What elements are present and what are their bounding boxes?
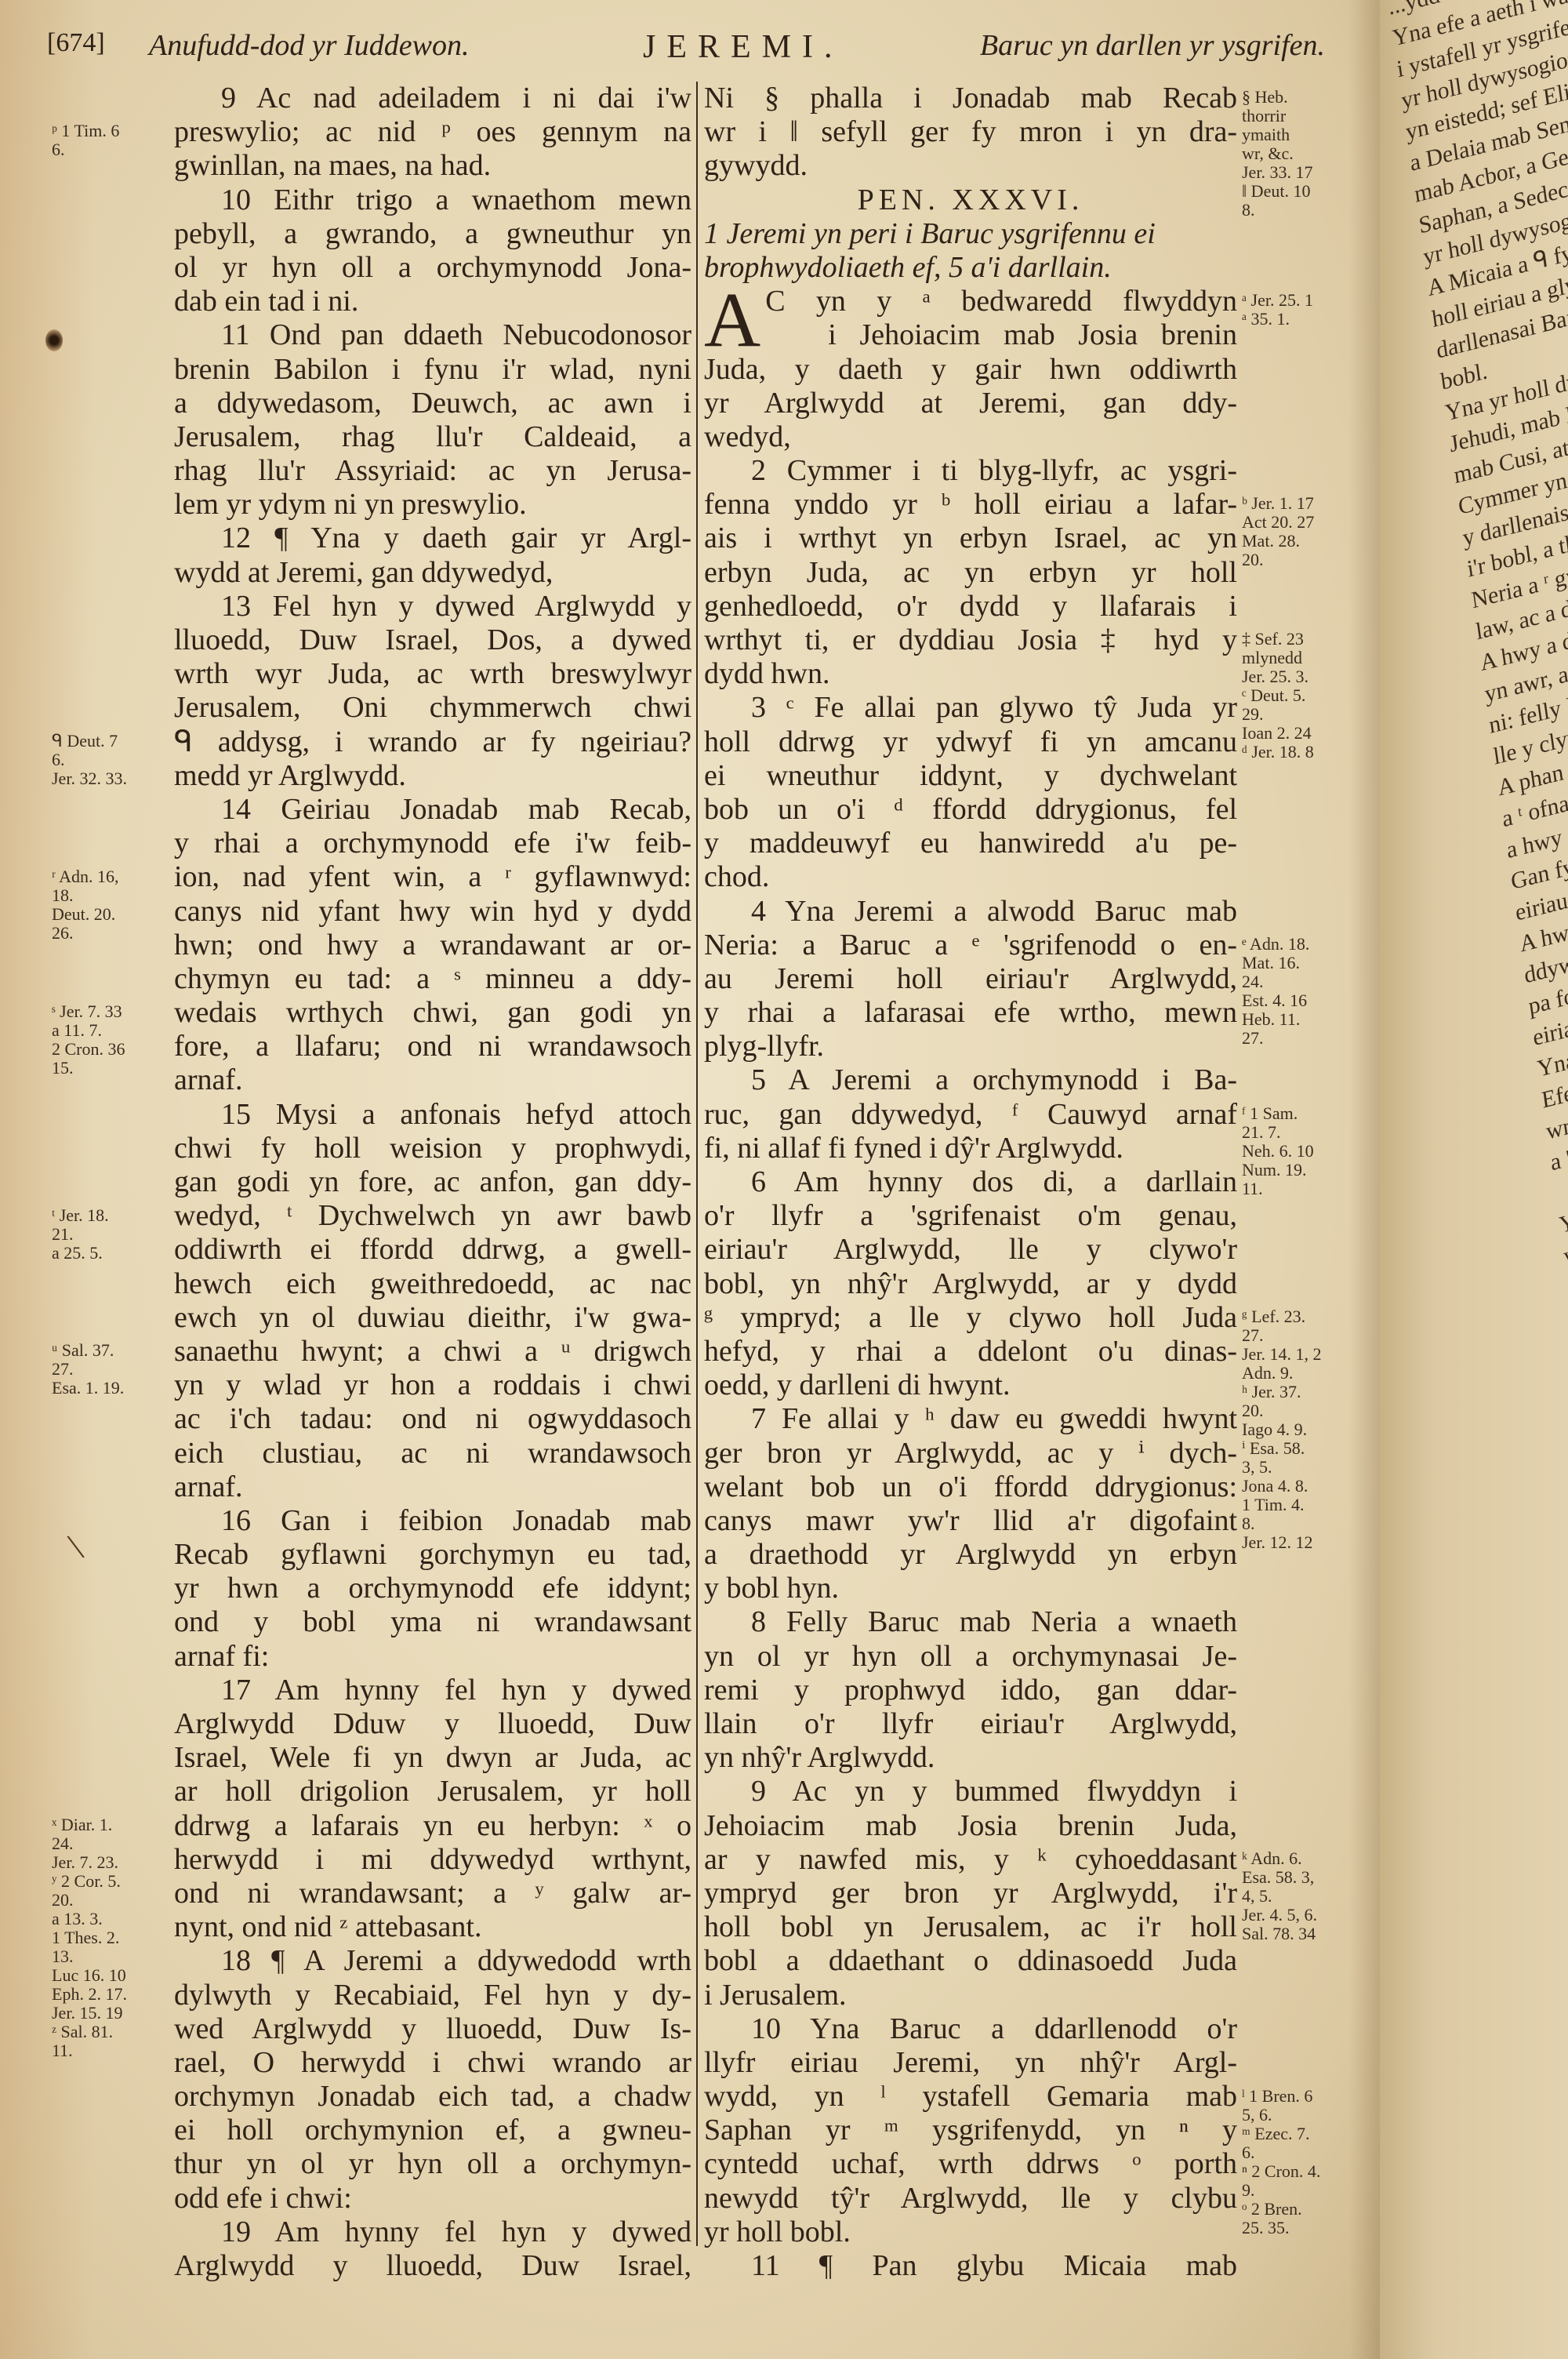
cross-reference-note: ᵃ Jer. 25. 1ᵃ 35. 1. — [1242, 291, 1352, 329]
cross-reference-line: ᵈ Jer. 18. 8 — [1242, 743, 1352, 761]
verse-line: holl ddrwg yr ydwyf fi yn amcanu — [704, 725, 1237, 759]
cross-reference-line: Sal. 78. 34 — [1242, 1925, 1352, 1943]
verse-line: 18 ¶ A Jeremi a ddywedodd wrth — [174, 1944, 691, 1978]
cross-reference-line: 20. — [1242, 551, 1352, 569]
cross-reference-line: 8. — [1242, 201, 1352, 220]
verse-line: 14 Geiriau Jonadab mab Recab, — [174, 793, 691, 827]
verse-line: ᑫ addysg, i wrando ar fy ngeiriau? — [174, 725, 691, 759]
verse-line: 7 Fe allai y ʰ daw eu gweddi hwynt — [704, 1402, 1237, 1436]
verse-line: a ddywedasom, Deuwch, ac awn i — [174, 387, 691, 420]
verse-line: ond ni wrandawsant; a ʸ galw ar- — [174, 1877, 691, 1910]
cross-reference-line: 4, 5. — [1242, 1887, 1352, 1906]
cross-reference-line: Deut. 20. — [52, 905, 169, 924]
verse-line: holl bobl yn Jerusalem, ac i'r holl — [704, 1910, 1237, 1944]
verse-line: 16 Gan i feibion Jonadab mab — [174, 1504, 691, 1538]
verse-line: lluoedd, Duw Israel, Dos, a dywed — [174, 623, 691, 657]
verse-line: fore, a llafaru; ond ni wrandawsoch — [174, 1030, 691, 1063]
running-header: [674] Anufudd-dod yr Iuddewon. JEREMI. B… — [47, 28, 1325, 75]
verse-line: fi, ni allaf fi fyned i dŷ'r Arglwydd. — [704, 1132, 1237, 1165]
cross-reference-line: ˡ 1 Bren. 6 — [1242, 2087, 1352, 2106]
cross-reference-line: 24. — [52, 1834, 169, 1853]
book-page: \ [674] Anufudd-dod yr Iuddewon. JEREMI.… — [0, 0, 1380, 2359]
verse-line: fenna ynddo yr ᵇ holl eiriau a lafar- — [704, 488, 1237, 522]
chapter-summary-line: brophwydoliaeth ef, 5 a'i darllain. — [704, 251, 1237, 285]
verse-line: wedyd, ᵗ Dychwelwch yn awr bawb — [174, 1199, 691, 1233]
cross-reference-line: ʸ 2 Cor. 5. — [52, 1872, 169, 1891]
cross-reference-line: 15. — [52, 1059, 169, 1078]
verse-line: i Jerusalem. — [704, 1979, 1237, 2012]
cross-reference-line: ᵐ Ezec. 7. — [1242, 2125, 1352, 2143]
verse-line: y bobl hyn. — [704, 1572, 1237, 1605]
cross-reference-line: ᵗ Jer. 18. — [52, 1206, 169, 1225]
cross-reference-line: 26. — [52, 924, 169, 943]
cross-reference-line: 6. — [52, 751, 169, 769]
verse-line: hwn; ond hwy a wrandawant ar or- — [174, 929, 691, 962]
verse-line: wedais wrthych chwi, gan godi yn — [174, 996, 691, 1030]
cross-reference-line: 1 Tim. 4. — [1242, 1496, 1352, 1514]
verse-line: canys mawr yw'r llid a'r digofaint — [704, 1504, 1237, 1538]
cross-reference-line: ᵇ Jer. 1. 17 — [1242, 494, 1352, 513]
verse-line: bobl, yn nhŷ'r Arglwydd, ar y dydd — [704, 1267, 1237, 1301]
cross-reference-line: Esa. 58. 3, — [1242, 1868, 1352, 1887]
verse-line: yr Arglwydd at Jeremi, gan ddy- — [704, 387, 1237, 420]
cross-reference-line: 20. — [52, 1891, 169, 1910]
cross-reference-line: ʰ Jer. 37. — [1242, 1383, 1352, 1401]
verse-line: 3 ᶜ Fe allai pan glywo tŷ Juda yr — [704, 691, 1237, 725]
verse-line: eiriau'r Arglwydd, lle y clywo'r — [704, 1233, 1237, 1267]
cross-reference-line: Jer. 32. 33. — [52, 769, 169, 788]
cross-reference-line: ᵖ 1 Tim. 6 — [52, 122, 169, 140]
verse-line: hefyd, y rhai a ddelont o'u dinas- — [704, 1335, 1237, 1369]
cross-reference-note: ˣ Diar. 1.24.Jer. 7. 23.ʸ 2 Cor. 5.20.a … — [52, 1816, 169, 2060]
cross-reference-line: ᵘ Sal. 37. — [52, 1341, 169, 1360]
verse-line: oedd, y darlleni di hwynt. — [704, 1369, 1237, 1402]
cross-reference-note: ᵍ Lef. 23.27.Jer. 14. 1, 2Adn. 9.ʰ Jer. … — [1242, 1307, 1352, 1552]
cross-reference-line: 11. — [52, 2041, 169, 2060]
verse-line: Jerusalem, Oni chymmerwch chwi — [174, 691, 691, 725]
verse-line: o'r llyfr a 'sgrifenaist o'm genau, — [704, 1199, 1237, 1233]
verse-line: herwydd i mi ddywedyd wrthynt, — [174, 1843, 691, 1877]
verse-line: yn ol yr hyn oll a orchymynasai Je- — [704, 1640, 1237, 1674]
chapter-heading: PEN. XXXVI. — [704, 184, 1237, 217]
cross-reference-line: Act 20. 27 — [1242, 513, 1352, 532]
cross-reference-line: a 13. 3. — [52, 1910, 169, 1928]
verse-line: ympryd ger bron yr Arglwydd, i'r — [704, 1877, 1237, 1910]
cross-reference-line: 29. — [1242, 705, 1352, 724]
verse-line: i Jehoiacim mab Josia brenin — [765, 318, 1237, 352]
cross-reference-line: Num. 19. — [1242, 1161, 1352, 1179]
cross-reference-line: 20. — [1242, 1401, 1352, 1420]
cross-reference-note: § Heb.thorrirymaithwr, &c.Jer. 33. 17‖ D… — [1242, 88, 1352, 220]
verse-line: eich clustiau, ac ni wrandawsoch — [174, 1437, 691, 1470]
verse-line: 6 Am hynny dos di, a darllain — [704, 1165, 1237, 1199]
cross-reference-line: thorrir — [1242, 107, 1352, 125]
verse-line: preswylio; ac nid ᵖ oes gennym na — [174, 115, 691, 149]
cross-reference-line: ymaith — [1242, 125, 1352, 144]
verse-line: 13 Fel hyn y dywed Arglwydd y — [174, 590, 691, 623]
verse-line: bob un o'i ᵈ ffordd ddrygionus, fel — [704, 793, 1237, 827]
verse-line: ei holl orchymynion ef, a gwneu- — [174, 2114, 691, 2147]
verse-line: ol yr hyn oll a orchymynodd Jona- — [174, 251, 691, 285]
verse-line: gan godi yn fore, ac anfon, gan ddy- — [174, 1165, 691, 1199]
verse-line: thur yn ol yr hyn oll a orchymyn- — [174, 2147, 691, 2181]
verse-line: ar y nawfed mis, y ᵏ cyhoeddasant — [704, 1843, 1237, 1877]
cross-reference-line: 5, 6. — [1242, 2106, 1352, 2125]
verse-line: gwinllan, na maes, na had. — [174, 149, 691, 183]
verse-line: wed Arglwydd y lluoedd, Duw Is- — [174, 2012, 691, 2046]
cross-reference-note: ᵉ Adn. 18.Mat. 16.24.Est. 4. 16Heb. 11.2… — [1242, 935, 1352, 1048]
cross-reference-line: Mat. 16. — [1242, 954, 1352, 972]
cross-reference-line: Neh. 6. 10 — [1242, 1142, 1352, 1161]
verse-line: llain o'r llyfr eiriau'r Arglwydd, — [704, 1707, 1237, 1741]
verse-line: orchymyn Jonadab eich tad, a chadw — [174, 2080, 691, 2114]
verse-line: Arglwydd Dduw y lluoedd, Duw — [174, 1707, 691, 1741]
verse-line: arnaf. — [174, 1063, 691, 1097]
verse-line: remi y prophwyd iddo, gan ddar- — [704, 1674, 1237, 1707]
verse-line: yn nhŷ'r Arglwydd. — [704, 1741, 1237, 1775]
verse-line: 9 Ac nad adeiladem i ni dai i'w — [174, 82, 691, 115]
verse-line: cyntedd uchaf, wrth ddrws ᵒ porth — [704, 2147, 1237, 2181]
verse-line: a draethodd yr Arglwydd yn erbyn — [704, 1538, 1237, 1572]
verse-line: wydd, yn ˡ ystafell Gemaria mab — [704, 2080, 1237, 2114]
cross-reference-line: ᵒ 2 Bren. — [1242, 2200, 1352, 2219]
cross-reference-line: 9. — [1242, 2181, 1352, 2200]
verse-line: brenin Babilon i fynu i'r wlad, nyni — [174, 353, 691, 387]
verse-line: ond y bobl yma ni wrandawsant — [174, 1605, 691, 1639]
cross-reference-line: 6. — [1242, 2143, 1352, 2162]
cross-reference-note: ‡ Sef. 23mlyneddJer. 25. 3.ᶜ Deut. 5.29.… — [1242, 630, 1352, 761]
cross-reference-line: 27. — [52, 1360, 169, 1379]
verse-line: y rhai a orchymynodd efe i'w feib- — [174, 827, 691, 860]
verse-line: 17 Am hynny fel hyn y dywed — [174, 1674, 691, 1707]
left-text-column: 9 Ac nad adeiladem i ni dai i'wpreswylio… — [174, 82, 691, 2283]
cross-reference-line: ‡ Sef. 23 — [1242, 630, 1352, 649]
cross-reference-line: wr, &c. — [1242, 144, 1352, 163]
verse-line: pebyll, a gwrando, a gwneuthur yn — [174, 217, 691, 251]
cross-reference-line: ᶠ 1 Sam. — [1242, 1104, 1352, 1123]
cross-reference-line: a 25. 5. — [52, 1244, 169, 1263]
cross-reference-line: 24. — [1242, 972, 1352, 991]
verse-line: wedyd, — [704, 420, 1237, 454]
verse-line: ewch yn ol duwiau dieithr, i'w gwa- — [174, 1301, 691, 1335]
cross-reference-line: ᵍ Lef. 23. — [1242, 1307, 1352, 1326]
verse-line: yr hwn a orchymynodd efe iddynt; — [174, 1572, 691, 1605]
cross-reference-line: 27. — [1242, 1029, 1352, 1048]
cross-reference-line: ˣ Diar. 1. — [52, 1816, 169, 1834]
cross-reference-line: ᵉ Adn. 18. — [1242, 935, 1352, 954]
verse-line: 15 Mysi a anfonais hefyd attoch — [174, 1098, 691, 1132]
cross-reference-line: Jer. 14. 1, 2 — [1242, 1345, 1352, 1364]
verse-line: erbyn Juda, ac yn erbyn yr holl — [704, 556, 1237, 590]
verse-line: newydd tŷ'r Arglwydd, lle y clybu — [704, 2182, 1237, 2215]
verse-line: ion, nad yfent win, a ʳ gyflawnwyd: — [174, 860, 691, 894]
cross-reference-line: ᑫ Deut. 7 — [52, 732, 169, 751]
cross-reference-line: ᶜ Deut. 5. — [1242, 686, 1352, 705]
verse-line: dylwyth y Recabiaid, Fel hyn y dy- — [174, 1979, 691, 2012]
cross-reference-line: 18. — [52, 886, 169, 905]
verse-line: Jerusalem, rhag llu'r Caldeaid, a — [174, 420, 691, 454]
verse-line: oddiwrth ei ffordd ddrwg, a gwell- — [174, 1233, 691, 1267]
verse-line: Saphan yr ᵐ ysgrifenydd, yn ⁿ y — [704, 2114, 1237, 2147]
verse-line: Israel, Wele fi yn dwyn ar Juda, ac — [174, 1741, 691, 1775]
cross-reference-line: ⁿ 2 Cron. 4. — [1242, 2162, 1352, 2181]
facing-page: ...ydd allan o'r ...Yna efe a aeth i war… — [1380, 0, 1568, 2359]
verse-line: dydd hwn. — [704, 657, 1237, 691]
left-running-title: Anufudd-dod yr Iuddewon. — [149, 28, 469, 63]
cross-reference-line: Jer. 7. 23. — [52, 1853, 169, 1872]
verse-line: 8 Felly Baruc mab Neria a wnaeth — [704, 1605, 1237, 1639]
right-running-title: Baruc yn darllen yr ysgrifen. — [980, 28, 1325, 63]
verse-line: rhag llu'r Assyriaid: ac yn Jerusa- — [174, 454, 691, 488]
cross-reference-line: Eph. 2. 17. — [52, 1985, 169, 2004]
cross-reference-line: 11. — [1242, 1179, 1352, 1198]
cross-reference-note: ᵘ Sal. 37.27.Esa. 1. 19. — [52, 1341, 169, 1398]
cross-reference-line: Jer. 12. 12 — [1242, 1533, 1352, 1552]
verse-line: y rhai a lafarasai efe wrtho, mewn — [704, 996, 1237, 1030]
verse-line: 11 ¶ Pan glybu Micaia mab — [704, 2249, 1237, 2283]
verse-line-dropcap: AC yn y ᵃ bedwaredd flwyddyn — [704, 285, 1237, 318]
verse-line: 2 Cymmer i ti blyg-llyfr, ac ysgri- — [704, 454, 1237, 488]
cross-reference-line: 27. — [1242, 1326, 1352, 1345]
verse-line: chod. — [704, 860, 1237, 894]
cross-reference-line: ˢ Jer. 7. 33 — [52, 1002, 169, 1021]
cross-reference-line: Adn. 9. — [1242, 1364, 1352, 1383]
cross-reference-line: Est. 4. 16 — [1242, 991, 1352, 1010]
verse-line: yn y wlad yr hon a roddais i chwi — [174, 1369, 691, 1402]
verse-line: ei wneuthur iddynt, y dychwelant — [704, 759, 1237, 793]
cross-reference-line: 13. — [52, 1947, 169, 1966]
cross-reference-line: ⁱ Esa. 58. — [1242, 1439, 1352, 1458]
cross-reference-line: Luc 16. 10 — [52, 1966, 169, 1985]
cross-reference-line: 6. — [52, 140, 169, 159]
verse-line: ger bron yr Arglwydd, ac y ⁱ dych- — [704, 1437, 1237, 1470]
verse-line: Jehoiacim mab Josia brenin Juda, — [704, 1809, 1237, 1843]
cross-reference-line: 3, 5. — [1242, 1458, 1352, 1477]
cross-reference-line: Jer. 4. 5, 6. — [1242, 1906, 1352, 1925]
verse-line: gywydd. — [704, 149, 1237, 183]
verse-line: Neria: a Baruc a ᵉ 'sgrifenodd o en- — [704, 929, 1237, 962]
verse-line: llyfr eiriau Jeremi, yn nhŷ'r Argl- — [704, 2046, 1237, 2080]
cross-reference-line: Jer. 33. 17 — [1242, 163, 1352, 182]
cross-reference-line: ʳ Adn. 16, — [52, 867, 169, 886]
verse-line: sanaethu hwynt; a chwi a ᵘ drigwch — [174, 1335, 691, 1369]
cross-reference-note: ˡ 1 Bren. 65, 6.ᵐ Ezec. 7.6.ⁿ 2 Cron. 4.… — [1242, 2087, 1352, 2237]
verse-line: chwi fy holl weision y prophwydi, — [174, 1132, 691, 1165]
cross-reference-line: mlynedd — [1242, 649, 1352, 667]
cross-reference-line: 8. — [1242, 1514, 1352, 1533]
chapter-summary-line: 1 Jeremi yn peri i Baruc ysgrifennu ei — [704, 217, 1237, 251]
verse-line: ac i'ch tadau: ond ni ogwyddasoch — [174, 1402, 691, 1436]
cross-reference-line: ᶻ Sal. 81. — [52, 2023, 169, 2041]
verse-line: nynt, ond nid ᶻ attebasant. — [174, 1910, 691, 1944]
verse-line: genhedloedd, o'r dydd y llafarais i — [704, 590, 1237, 623]
verse-line: ruc, gan ddywedyd, ᶠ Cauwyd arnaf — [704, 1098, 1237, 1132]
verse-line: ddrwg a lafarais yn eu herbyn: ˣ o — [174, 1809, 691, 1843]
verse-line: 19 Am hynny fel hyn y dywed — [174, 2215, 691, 2249]
verse-line: Arglwydd y lluoedd, Duw Israel, — [174, 2249, 691, 2283]
cross-reference-line: ‖ Deut. 10 — [1242, 182, 1352, 201]
verse-line: 4 Yna Jeremi a alwodd Baruc mab — [704, 895, 1237, 929]
cross-reference-line: ᵏ Adn. 6. — [1242, 1849, 1352, 1868]
ink-blot-stain — [45, 329, 63, 351]
verse-line: 5 A Jeremi a orchymynodd i Ba- — [704, 1063, 1237, 1097]
verse-line: arnaf fi: — [174, 1640, 691, 1674]
verse-line: arnaf. — [174, 1470, 691, 1504]
verse-line: 10 Yna Baruc a ddarllenodd o'r — [704, 2012, 1237, 2046]
facing-page-text: ...ydd allan o'r ...Yna efe a aeth i war… — [1386, 0, 1568, 1991]
cross-reference-line: Jer. 25. 3. — [1242, 667, 1352, 686]
cross-reference-note: ᵗ Jer. 18.21.a 25. 5. — [52, 1206, 169, 1263]
cross-reference-note: ᵇ Jer. 1. 17Act 20. 27Mat. 28.20. — [1242, 494, 1352, 569]
cross-reference-note: ᵖ 1 Tim. 66. — [52, 122, 169, 159]
cross-reference-line: 2 Cron. 36 — [52, 1040, 169, 1059]
verse-line: y maddeuwyf eu hanwiredd a'u pe- — [704, 827, 1237, 860]
cross-reference-line: 21. 7. — [1242, 1123, 1352, 1142]
verse-line: 9 Ac yn y bummed flwyddyn i — [704, 1775, 1237, 1808]
cross-reference-note: ᑫ Deut. 76.Jer. 32. 33. — [52, 732, 169, 788]
cross-reference-line: § Heb. — [1242, 88, 1352, 107]
cross-reference-note: ˢ Jer. 7. 33a 11. 7.2 Cron. 3615. — [52, 1002, 169, 1078]
verse-line: yr holl bobl. — [704, 2215, 1237, 2249]
cross-reference-note: ᶠ 1 Sam.21. 7.Neh. 6. 10Num. 19.11. — [1242, 1104, 1352, 1198]
verse-line: Recab gyflawni gorchymyn eu tad, — [174, 1538, 691, 1572]
verse-line: odd efe i chwi: — [174, 2182, 691, 2215]
verse-line: welant bob un o'i ffordd ddrygionus: — [704, 1470, 1237, 1504]
right-text-column: Ni § phalla i Jonadab mab Recabwr i ‖ se… — [704, 82, 1237, 2283]
cross-reference-note: ᵏ Adn. 6.Esa. 58. 3,4, 5.Jer. 4. 5, 6.Sa… — [1242, 1849, 1352, 1943]
verse-line: 11 Ond pan ddaeth Nebucodonosor — [174, 318, 691, 352]
cross-reference-line: 25. 35. — [1242, 2219, 1352, 2237]
verse-line: wydd at Jeremi, gan ddywedyd, — [174, 556, 691, 590]
verse-line: Juda, y daeth y gair hwn oddiwrth — [704, 353, 1237, 387]
cross-reference-line: Ioan 2. 24 — [1242, 724, 1352, 743]
cross-reference-line: ᵃ Jer. 25. 1 — [1242, 291, 1352, 310]
drop-cap-letter: A — [704, 288, 760, 352]
cross-reference-line: Esa. 1. 19. — [52, 1379, 169, 1398]
verse-line: dab ein tad i ni. — [174, 285, 691, 318]
verse-line: medd yr Arglwydd. — [174, 759, 691, 793]
book-title: JEREMI. — [643, 28, 844, 66]
verse-line: wrthyt ti, er dyddiau Josia ‡ hyd y — [704, 623, 1237, 657]
column-divider-rule — [696, 82, 698, 2246]
verse-line: 10 Eithr trigo a wnaethom mewn — [174, 184, 691, 217]
cross-reference-line: 1 Thes. 2. — [52, 1928, 169, 1947]
verse-line: Ni § phalla i Jonadab mab Recab — [704, 82, 1237, 115]
cross-reference-line: 21. — [52, 1225, 169, 1244]
cross-reference-note: ʳ Adn. 16,18.Deut. 20.26. — [52, 867, 169, 943]
cross-reference-line: Mat. 28. — [1242, 532, 1352, 551]
verse-line: ar holl drigolion Jerusalem, yr holl — [174, 1775, 691, 1808]
verse-line: ais i wrthyt yn erbyn Israel, ac yn — [704, 522, 1237, 555]
verse-line: au Jeremi holl eiriau'r Arglwydd, — [704, 962, 1237, 996]
verse-line: lem yr ydym ni yn preswylio. — [174, 488, 691, 522]
cross-reference-line: Jer. 15. 19 — [52, 2004, 169, 2023]
pen-annotation-mark: \ — [64, 1525, 88, 1568]
verse-line: wrth wyr Juda, ac wrth breswylwyr — [174, 657, 691, 691]
cross-reference-line: a 11. 7. — [52, 1021, 169, 1040]
cross-reference-line: Jona 4. 8. — [1242, 1477, 1352, 1496]
verse-line: ᵍ ympryd; a lle y clywo holl Juda — [704, 1301, 1237, 1335]
verse-line: hewch eich gweithredoedd, ac nac — [174, 1267, 691, 1301]
verse-line: bobl a ddaethant o ddinasoedd Juda — [704, 1944, 1237, 1978]
page-number: [674] — [47, 28, 105, 58]
verse-line: plyg-llyfr. — [704, 1030, 1237, 1063]
verse-line: canys nid yfant hwy win hyd y dydd — [174, 895, 691, 929]
cross-reference-line: Iago 4. 9. — [1242, 1420, 1352, 1439]
cross-reference-line: ᵃ 35. 1. — [1242, 310, 1352, 329]
verse-line: chymyn eu tad: a ˢ minneu a ddy- — [174, 962, 691, 996]
cross-reference-line: Heb. 11. — [1242, 1010, 1352, 1029]
verse-line: wr i ‖ sefyll ger fy mron i yn dra- — [704, 115, 1237, 149]
verse-line: rael, O herwydd i chwi wrando ar — [174, 2046, 691, 2080]
verse-line: 12 ¶ Yna y daeth gair yr Argl- — [174, 522, 691, 555]
